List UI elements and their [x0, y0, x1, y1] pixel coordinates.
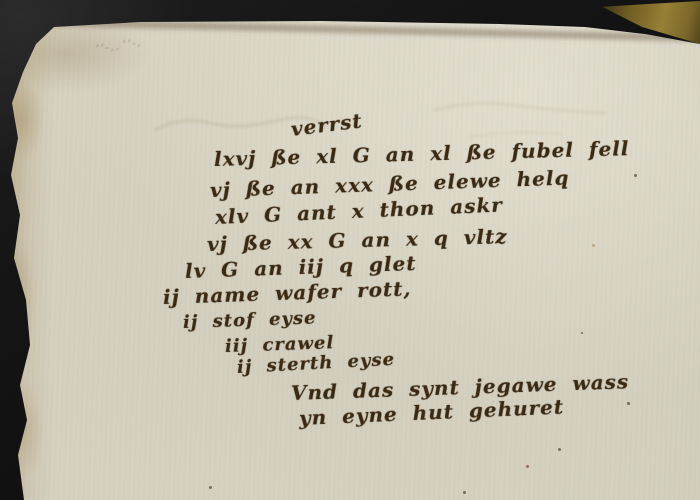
ink-speck	[627, 402, 630, 405]
ink-speck	[463, 491, 466, 494]
ink-speck	[581, 332, 583, 334]
ink-speck	[526, 465, 529, 468]
ink-speck	[634, 174, 637, 177]
ink-speck	[209, 486, 212, 489]
manuscript-page: ''-,,''-, verrst lxvj ße xl G an xl ße f…	[0, 0, 700, 500]
manuscript-photo: ''-,,''-, verrst lxvj ße xl G an xl ße f…	[0, 0, 700, 500]
ink-speck	[558, 448, 561, 451]
ink-speck	[592, 244, 595, 247]
